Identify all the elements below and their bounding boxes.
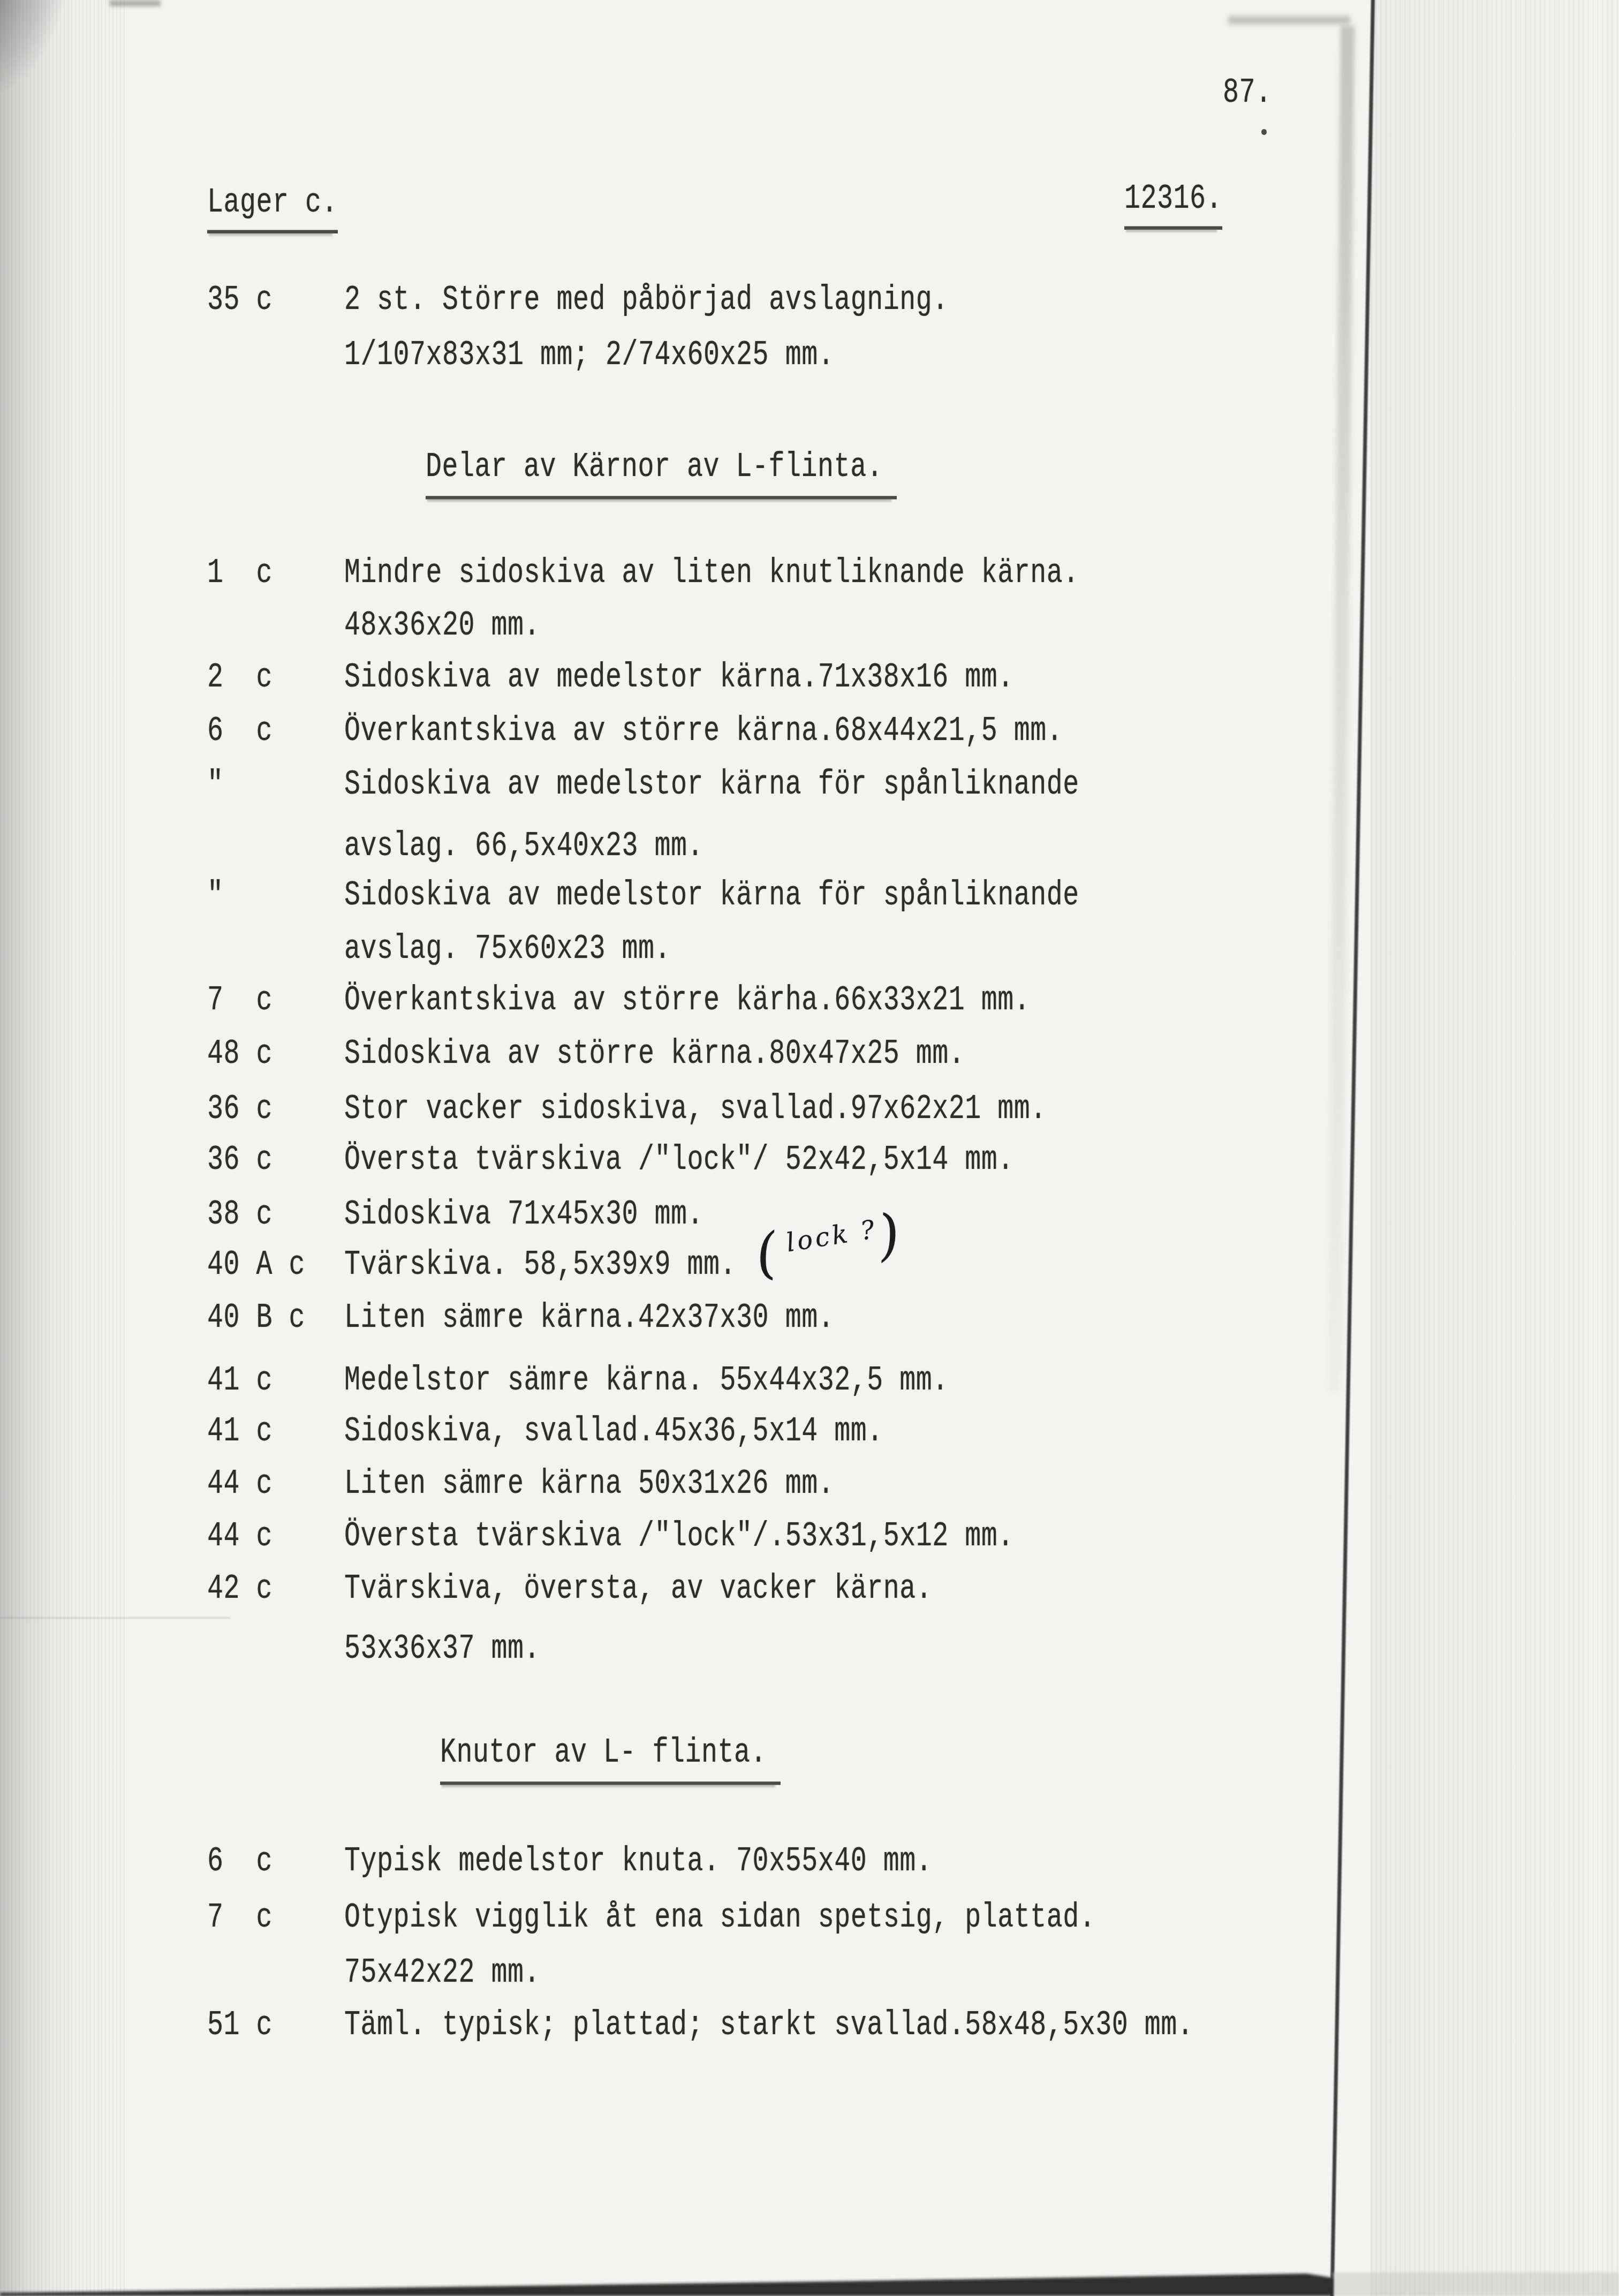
item-description: 48x36x20 mm. <box>344 605 540 647</box>
section-heading: Knutor av L- flinta. <box>440 1732 781 1785</box>
item-description: Stor vacker sidoskiva, svallad.97x62x21 … <box>344 1089 1047 1131</box>
item-description: Tvärskiva, översta, av vacker kärna. <box>344 1568 932 1611</box>
item-description: Sidoskiva av medelstor kärna för spånlik… <box>344 875 1079 917</box>
item-number: 51 c <box>207 2005 273 2047</box>
item-description: avslag. 66,5x40x23 mm. <box>344 826 703 868</box>
item-description: Sidoskiva av större kärna.80x47x25 mm. <box>344 1033 965 1076</box>
section-heading: Delar av Kärnor av L-flinta. <box>426 447 897 500</box>
item-number: " <box>207 875 224 917</box>
handwritten-paren: ) <box>873 1202 904 1268</box>
item-number: 6 c <box>207 711 273 753</box>
item-description: Sidoskiva, svallad.45x36,5x14 mm. <box>344 1411 883 1453</box>
item-description: Mindre sidoskiva av liten knutliknande k… <box>344 553 1079 595</box>
scan-bottom-right-gray <box>1333 2272 1619 2296</box>
item-number: 44 c <box>207 1463 273 1506</box>
item-description: Sidoskiva av medelstor kärna.71x38x16 mm… <box>344 657 1014 699</box>
item-description: Täml. typisk; plattad; starkt svallad.58… <box>344 2005 1193 2047</box>
scanned-catalog-page: { "page": { "number": "87.", "header_lef… <box>0 0 1619 2296</box>
item-description: Sidoskiva av medelstor kärna för spånlik… <box>344 764 1079 806</box>
item-description: 75x42x22 mm. <box>344 1952 540 1995</box>
item-number: 36 c <box>207 1089 273 1131</box>
item-description: Medelstor sämre kärna. 55x44x32,5 mm. <box>344 1360 949 1402</box>
item-number: 1 c <box>207 553 273 595</box>
item-description: Liten sämre kärna 50x31x26 mm. <box>344 1463 834 1506</box>
item-number: 44 c <box>207 1516 273 1558</box>
item-description: Typisk medelstor knuta. 70x55x40 mm. <box>344 1841 932 1883</box>
item-number: 42 c <box>207 1568 273 1611</box>
item-number: 48 c <box>207 1033 273 1076</box>
item-number: 40 B c <box>207 1297 305 1340</box>
item-number: 38 c <box>207 1194 273 1236</box>
item-description: Otypisk vigglik åt ena sidan spetsig, pl… <box>344 1897 1095 1939</box>
item-description: avslag. 75x60x23 mm. <box>344 928 671 971</box>
item-description: Överkantskiva av större kärna.68x44x21,5… <box>344 711 1063 753</box>
item-number: 36 c <box>207 1139 273 1182</box>
item-description: Tvärskiva. 58,5x39x9 mm. <box>344 1244 736 1287</box>
item-description: Liten sämre kärna.42x37x30 mm. <box>344 1297 834 1340</box>
scan-faint-line <box>0 1617 230 1619</box>
item-description: Överkantskiva av större kärha.66x33x21 m… <box>344 980 1030 1022</box>
item-description: 2 st. Större med påbörjad avslagning. <box>344 280 949 322</box>
item-number: 2 c <box>207 657 273 699</box>
scan-page-edge-line <box>1330 0 1375 2296</box>
handwritten-note: ( lock ?) <box>752 1211 901 1263</box>
item-number: " <box>207 764 224 806</box>
scan-smudge <box>110 0 161 6</box>
inventory-number: 12316. <box>1124 178 1222 230</box>
scan-top-streak <box>1228 16 1350 24</box>
item-description: 1/107x83x31 mm; 2/74x60x25 mm. <box>344 335 834 377</box>
item-description: Översta tvärskiva /"lock"/ 52x42,5x14 mm… <box>344 1139 1014 1182</box>
item-number: 40 A c <box>207 1244 305 1287</box>
item-number: 6 c <box>207 1841 273 1883</box>
item-description: 53x36x37 mm. <box>344 1628 540 1671</box>
item-description: Sidoskiva 71x45x30 mm. <box>344 1194 703 1236</box>
item-number: 7 c <box>207 980 273 1022</box>
item-number: 35 c <box>207 280 273 322</box>
item-number: 41 c <box>207 1360 273 1402</box>
item-description: Översta tvärskiva /"lock"/.53x31,5x12 mm… <box>344 1516 1014 1558</box>
page-number: 87. <box>1223 72 1272 115</box>
item-number: 7 c <box>207 1897 273 1939</box>
item-number: 41 c <box>207 1411 273 1453</box>
scan-edge-left-shadow <box>0 0 126 2296</box>
scan-right-margin-tint <box>1371 0 1619 2296</box>
scan-bottom-dark-wedge <box>0 2274 1333 2296</box>
